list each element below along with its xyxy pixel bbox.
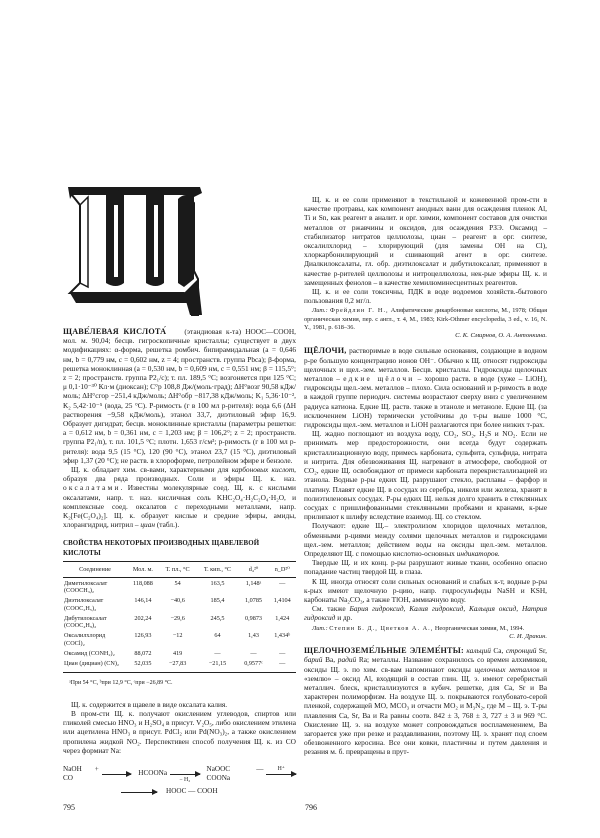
- production-paragraph: В пром-сти Щ. к. получают окислением угл…: [63, 709, 296, 755]
- col-header-melting-point: Т. пл., °C: [159, 561, 197, 577]
- entry-oxalic-acid: ЩАВЕ́ЛЕВАЯ КИСЛОТА́ (этандиовая к-та) HO…: [63, 327, 296, 465]
- col-header-compound: Соединение: [63, 561, 127, 577]
- left-column: ЩАВЕ́ЛЕВАЯ КИСЛОТА́ (этандиовая к-та) HO…: [63, 327, 296, 801]
- reaction-line-1: NaOH + CO HCOONa − H₂ NaOOC — COONa H⁺: [63, 765, 296, 783]
- table-row: Дибутилоксалат (COOC₄H₉)₂ 202,24 −29,6 2…: [63, 613, 296, 631]
- col-header-mol-mass: Мол. м.: [127, 561, 159, 577]
- see-also: См. также Бария гидроксид, Калия гидрокс…: [304, 604, 547, 622]
- cross-ref-indicators[interactable]: индикаторов: [457, 549, 498, 558]
- alkalis-salts-paragraph: К Щ. иногда относят соли сильных основан…: [304, 577, 547, 605]
- entry-alkalis: ЩЁЛОЧИ, растворимые в воде сильные основ…: [304, 346, 547, 429]
- oxalic-acid-chemistry: Щ. к. обладает хим. св-вами, характерным…: [63, 465, 296, 529]
- table-row: Диэтилоксалат (COOC₂H₅)₂ 146,14 −40,6 18…: [63, 596, 296, 614]
- col-header-refractive-index: n_D²⁰: [268, 561, 296, 577]
- arrow-right-icon: H⁺: [266, 774, 296, 775]
- cross-ref-strontium[interactable]: стронций: [506, 646, 537, 655]
- headword-oxalic-acid: ЩАВЕ́ЛЕВАЯ КИСЛОТА́: [63, 327, 166, 336]
- references-oxalic-acid: Лит.: Фрейдлин Г. Н., Алифатические дика…: [304, 307, 547, 332]
- references-alkalis: Лит.: Степин Б. Д., Цветков А. А., Неорг…: [304, 625, 547, 633]
- entry-alkaline-earth-elements: ЩЕЛОЧНОЗЕМЕ́ЛЬНЫЕ ЭЛЕМЕ́НТЫ: кальций Ca,…: [304, 646, 547, 756]
- oxalic-acid-properties: HOOC—COOH, мол. м. 90,04; бесцв. гигроск…: [63, 327, 296, 465]
- table-row: Оксалилхлорид (COCl)₂ 126,93 −12 64 1,43…: [63, 631, 296, 649]
- drop-cap-shcha-icon: [66, 183, 208, 317]
- table-row: Оксамид (CONH₂)₂ 88,072 419 — — —: [63, 649, 296, 659]
- col-header-density: d₄²⁰: [239, 561, 269, 577]
- intermediate-formate: HCOONa: [138, 769, 167, 778]
- right-column: Щ. к. и ее соли применяют в текстильной …: [304, 195, 547, 757]
- cross-ref-cyan[interactable]: циан: [140, 520, 155, 529]
- cross-ref-calcium[interactable]: кальций: [466, 646, 490, 655]
- headword-synonym: (этандиовая к-та): [184, 327, 241, 336]
- alkalis-storage-paragraph: Щ. жадно поглощают из воздуха воду, CO₂,…: [304, 429, 547, 521]
- table-footnote: ᵃПри 54 °C, ᵇпри 12,9 °C, ᶜпри −26,89 °C…: [69, 679, 296, 688]
- term-caustic-alkalis: едкие щёлочи: [343, 374, 414, 383]
- term-oxalates: оксалатами: [63, 483, 121, 492]
- occurrence-paragraph: Щ. к. содержится в щавеле в виде оксалат…: [63, 700, 296, 709]
- headword-alkalis: ЩЁЛОЧИ,: [304, 346, 347, 355]
- signature-alkalis: С. И. Дракин.: [304, 633, 547, 641]
- page-number-right: 796: [305, 803, 317, 812]
- headword-alkaline-earth-elements: ЩЕЛОЧНОЗЕМЕ́ЛЬНЫЕ ЭЛЕМЕ́НТЫ:: [304, 646, 464, 655]
- alkalis-production-paragraph: Получают: едкие Щ.– электролизом хлоридо…: [304, 521, 547, 558]
- toxicity-paragraph: Щ. к. и ее соли токсичны, ПДК в воде вод…: [304, 287, 547, 305]
- col-header-boiling-point: Т. кип., °C: [196, 561, 238, 577]
- page-number-left: 795: [63, 803, 75, 812]
- derivatives-table: Соединение Мол. м. Т. пл., °C Т. кип., °…: [63, 561, 296, 673]
- table-row: Диметилоксалат (COOCH₃)₂ 118,088 54 163,…: [63, 578, 296, 596]
- table-header-row: Соединение Мол. м. Т. пл., °C Т. кип., °…: [63, 561, 296, 577]
- cross-ref-alkali-metals[interactable]: щелочных металлов: [475, 665, 540, 674]
- signature-oxalic-acid: С. К. Смирнов, О. А. Антонкина.: [304, 332, 547, 340]
- cross-ref-barium[interactable]: барий: [304, 655, 322, 664]
- reaction-line-2: HOOC — COOH: [63, 783, 296, 801]
- cross-ref-radium[interactable]: радий: [338, 655, 356, 664]
- cross-ref-carboxylic-acids[interactable]: карбоновых кислот: [232, 465, 294, 474]
- table-row: Циан (дициан) (CN)₂ 52,035 −27,83 −21,15…: [63, 659, 296, 672]
- product-oxalic-acid: HOOC — COOH: [166, 787, 218, 796]
- alkalis-safety-paragraph: Твердые Щ. и их конц. р-ры разрушают жив…: [304, 558, 547, 576]
- arrow-right-icon: [102, 774, 132, 775]
- table-title: СВОЙСТВА НЕКОТОРЫХ ПРОИЗВОДНЫХ ЩАВЕЛЕВОЙ…: [63, 539, 296, 557]
- arrow-right-icon: [121, 792, 157, 793]
- reactants: NaOH + CO: [63, 765, 99, 783]
- intermediate-oxalate: NaOOC — COONa: [207, 765, 264, 783]
- reaction-scheme: NaOH + CO HCOONa − H₂ NaOOC — COONa H⁺ H…: [63, 765, 296, 801]
- applications-paragraph: Щ. к. и ее соли применяют в текстильной …: [304, 195, 547, 287]
- arrow-right-icon: − H₂: [170, 774, 200, 775]
